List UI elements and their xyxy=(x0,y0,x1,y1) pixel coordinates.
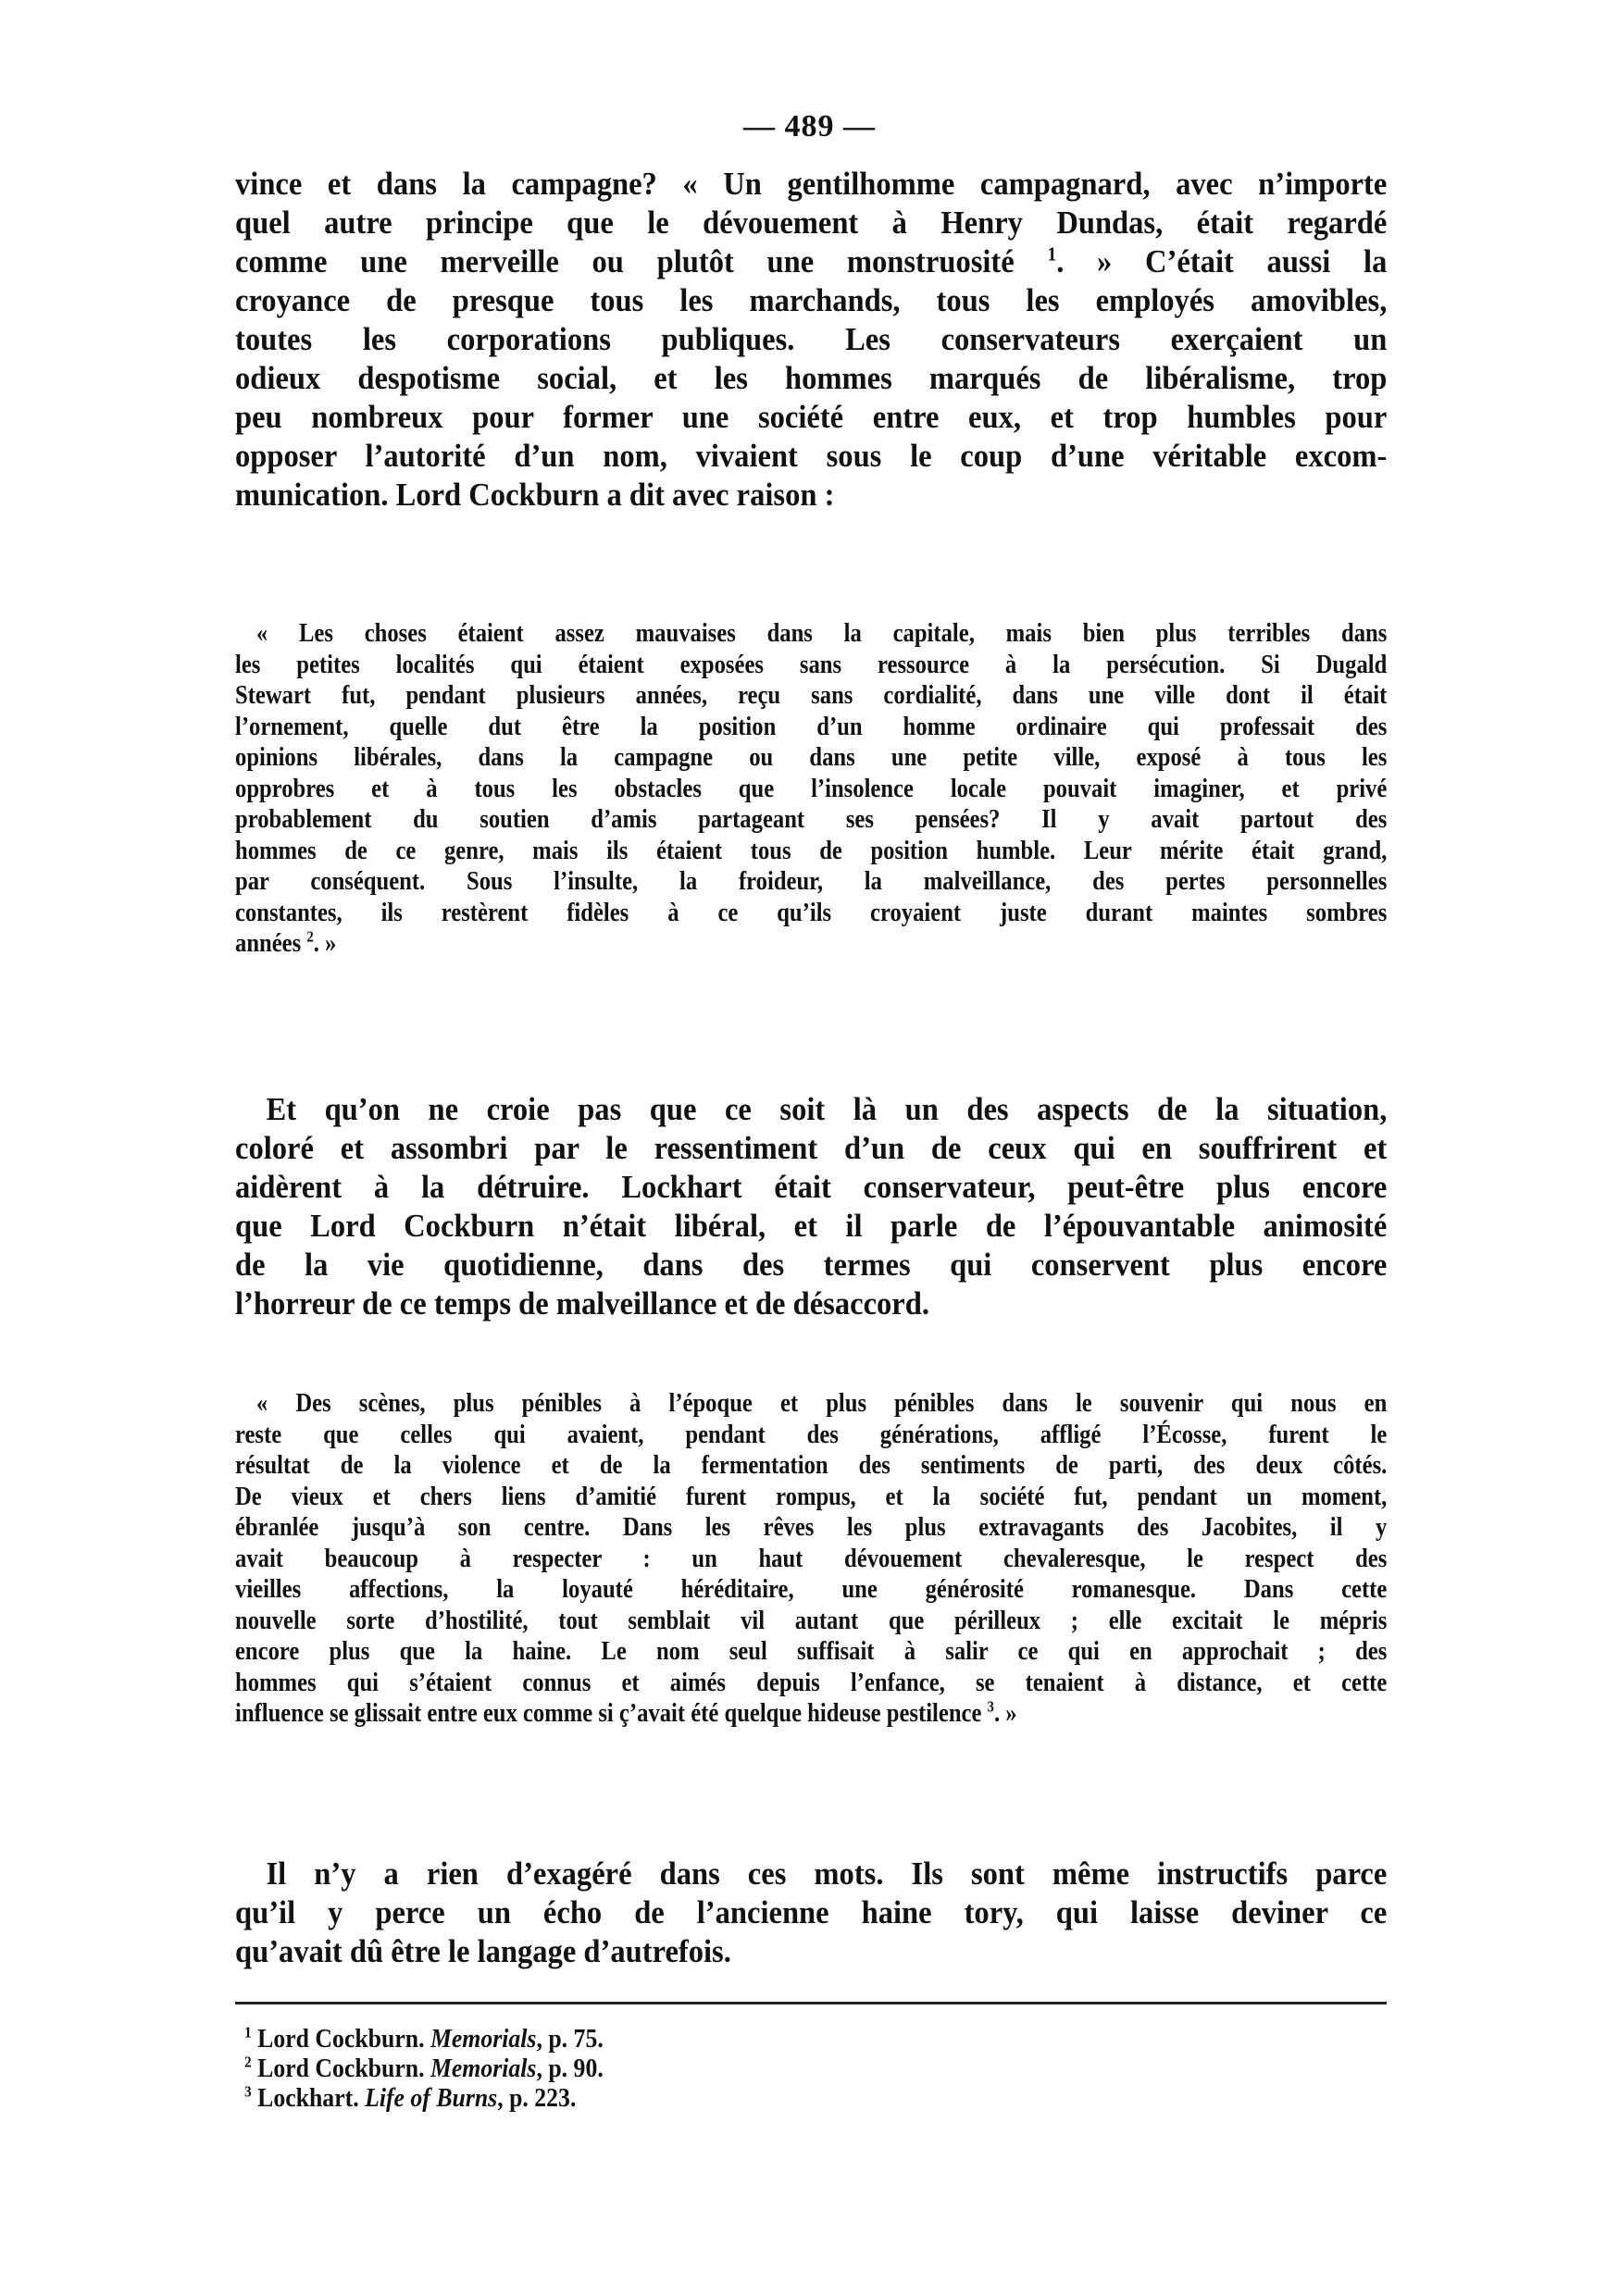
quote-line: probablement du soutien d’amis partagean… xyxy=(235,804,1387,836)
quote-line: hommes qui s’étaient connus et aimés dep… xyxy=(235,1668,1387,1699)
block-quote-1: « Les choses étaient assez mauvaises dan… xyxy=(235,618,1387,960)
text-line: qu’avait dû être le langage d’autrefois. xyxy=(235,1932,1387,1971)
paragraph-3: Il n’y a rien d’exagéré dans ces mots. I… xyxy=(235,1855,1387,1971)
quote-line: résultat de la violence et de la ferment… xyxy=(235,1450,1387,1482)
text-line: qu’il y perce un écho de l’ancienne hain… xyxy=(235,1893,1387,1932)
quote-line: « Des scènes, plus pénibles à l’époque e… xyxy=(235,1388,1387,1420)
quote-line: constantes, ils restèrent fidèles à ce q… xyxy=(235,898,1387,929)
quote-line: ébranlée jusqu’à son centre. Dans les rê… xyxy=(235,1512,1387,1544)
quote-line: « Les choses étaient assez mauvaises dan… xyxy=(235,618,1387,650)
text-line: l’horreur de ce temps de malveillance et… xyxy=(235,1285,1387,1323)
quote-line: par conséquent. Sous l’insulte, la froid… xyxy=(235,866,1387,898)
quote-line: reste que celles qui avaient, pendant de… xyxy=(235,1420,1387,1451)
text-line: comme une merveille ou plutôt une monstr… xyxy=(235,242,1387,281)
footnote-3: 3 Lockhart. Life of Burns, p. 223. xyxy=(244,2084,604,2114)
footnotes: 1 Lord Cockburn. Memorials, p. 75. 2 Lor… xyxy=(244,2025,604,2114)
footnote-separator xyxy=(235,2002,1387,2004)
text-line: que Lord Cockburn n’était libéral, et il… xyxy=(235,1207,1387,1246)
text-line: Il n’y a rien d’exagéré dans ces mots. I… xyxy=(235,1855,1387,1893)
footnote-ref-3[interactable]: 3 xyxy=(988,1698,994,1716)
footnote-1: 1 Lord Cockburn. Memorials, p. 75. xyxy=(244,2025,604,2054)
quote-line: l’ornement, quelle dut être la position … xyxy=(235,712,1387,743)
text-line: munication. Lord Cockburn a dit avec rai… xyxy=(235,476,1387,515)
quote-line: années 2. » xyxy=(235,928,1387,960)
text-line: aidèrent à la détruire. Lockhart était c… xyxy=(235,1168,1387,1207)
quote-line: opprobres et à tous les obstacles que l’… xyxy=(235,774,1387,805)
paragraph-2: Et qu’on ne croie pas que ce soit là un … xyxy=(235,1090,1387,1323)
text-line: odieux despotisme social, et les hommes … xyxy=(235,359,1387,398)
quote-line: influence se glissait entre eux comme si… xyxy=(235,1698,1387,1730)
block-quote-2: « Des scènes, plus pénibles à l’époque e… xyxy=(235,1388,1387,1730)
quote-line: opinions libérales, dans la campagne ou … xyxy=(235,742,1387,774)
quote-line: nouvelle sorte d’hostilité, tout semblai… xyxy=(235,1606,1387,1637)
page-number: — 489 — xyxy=(0,109,1619,144)
quote-line: les petites localités qui étaient exposé… xyxy=(235,650,1387,681)
quote-line: avait beaucoup à respecter : un haut dév… xyxy=(235,1544,1387,1575)
text-line: peu nombreux pour former une société ent… xyxy=(235,398,1387,437)
text-line: vince et dans la campagne? « Un gentilho… xyxy=(235,165,1387,204)
quote-line: encore plus que la haine. Le nom seul su… xyxy=(235,1636,1387,1668)
text-line: quel autre principe que le dévouement à … xyxy=(235,204,1387,242)
quote-line: vieilles affections, la loyauté hérédita… xyxy=(235,1574,1387,1606)
footnote-2: 2 Lord Cockburn. Memorials, p. 90. xyxy=(244,2054,604,2084)
text-line: toutes les corporations publiques. Les c… xyxy=(235,320,1387,359)
footnote-ref-1[interactable]: 1 xyxy=(1047,242,1056,265)
text-line: Et qu’on ne croie pas que ce soit là un … xyxy=(235,1090,1387,1129)
quote-line: De vieux et chers liens d’amitié furent … xyxy=(235,1482,1387,1513)
quote-line: Stewart fut, pendant plusieurs années, r… xyxy=(235,680,1387,712)
text-line: coloré et assombri par le ressentiment d… xyxy=(235,1129,1387,1168)
paragraph-1: vince et dans la campagne? « Un gentilho… xyxy=(235,165,1387,515)
quote-line: hommes de ce genre, mais ils étaient tou… xyxy=(235,836,1387,867)
text-line: de la vie quotidienne, dans des termes q… xyxy=(235,1246,1387,1285)
text-line: croyance de presque tous les marchands, … xyxy=(235,281,1387,320)
text-line: opposer l’autorité d’un nom, vivaient so… xyxy=(235,437,1387,476)
